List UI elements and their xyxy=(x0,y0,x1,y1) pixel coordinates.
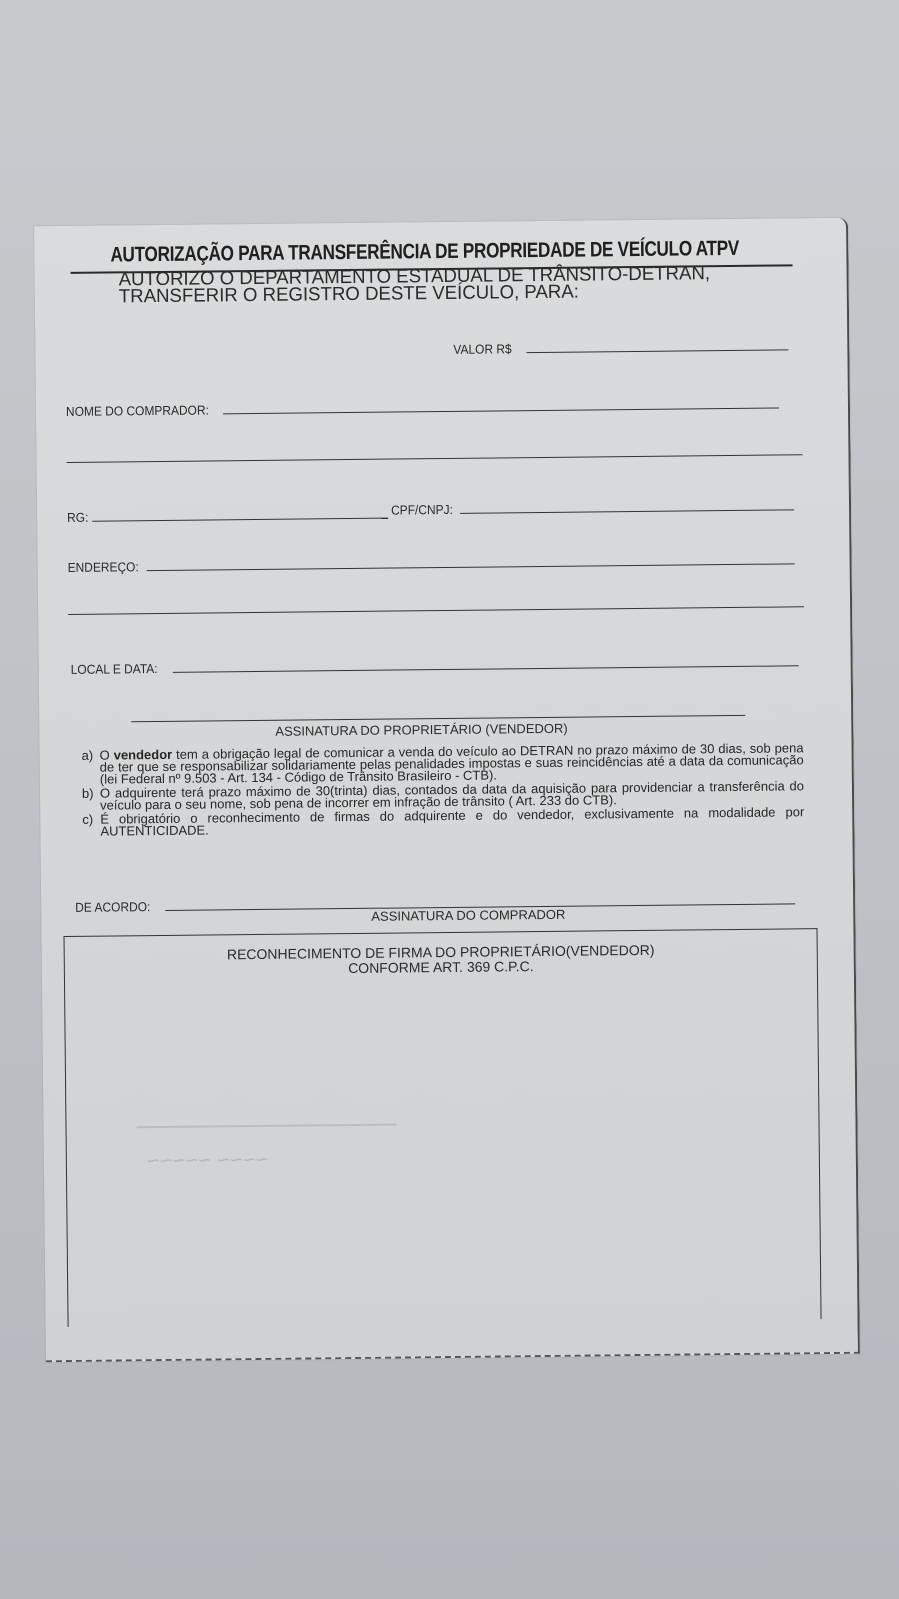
rg-field[interactable]: RG: xyxy=(67,507,388,525)
note-c-text: É obrigatório o reconhecimento de firmas… xyxy=(100,806,804,837)
place-date-field[interactable]: LOCAL E DATA: xyxy=(71,654,800,677)
atpv-form: AUTORIZAÇÃO PARA TRANSFERÊNCIA DE PROPRI… xyxy=(34,218,860,1362)
bleed-through-text: ~~~~ ~~~~~ xyxy=(147,1147,269,1174)
address-continuation-line[interactable] xyxy=(68,606,804,615)
buyer-name-label: NOME DO COMPRADOR: xyxy=(66,402,209,418)
legal-notes: a) O vendedor tem a obrigação legal de c… xyxy=(82,742,805,840)
note-b-marker: b) xyxy=(82,788,100,812)
valor-label: VALOR R$ xyxy=(453,341,511,357)
buyer-signature-caption: ASSINATURA DO COMPRADOR xyxy=(371,907,565,924)
place-date-input-line[interactable] xyxy=(173,665,799,673)
address-input-line[interactable] xyxy=(147,563,795,571)
note-c-marker: c) xyxy=(82,814,100,838)
note-c: c) É obrigatório o reconhecimento de fir… xyxy=(82,806,804,838)
notary-box-title: RECONHECIMENTO DE FIRMA DO PROPRIETÁRIO(… xyxy=(65,941,817,979)
notary-recognition-box[interactable]: RECONHECIMENTO DE FIRMA DO PROPRIETÁRIO(… xyxy=(64,928,822,1327)
cpf-cnpj-field[interactable]: CPF/CNPJ: xyxy=(391,498,794,517)
rg-label: RG: xyxy=(67,510,88,525)
buyer-name-field[interactable]: NOME DO COMPRADOR: xyxy=(66,396,779,418)
agreement-label: DE ACORDO: xyxy=(75,899,150,915)
rg-input-line[interactable] xyxy=(92,518,388,522)
place-date-label: LOCAL E DATA: xyxy=(71,661,158,677)
valor-field[interactable]: VALOR R$ xyxy=(453,338,788,357)
cpf-cnpj-input-line[interactable] xyxy=(460,509,794,513)
cpf-cnpj-label: CPF/CNPJ: xyxy=(391,502,453,518)
buyer-name-continuation-line[interactable] xyxy=(67,454,803,463)
address-label: ENDEREÇO: xyxy=(68,559,139,575)
address-field[interactable]: ENDEREÇO: xyxy=(68,552,795,575)
bleed-through-line xyxy=(137,1124,397,1129)
authorization-statement: AUTORIZO O DEPARTAMENTO ESTADUAL DE TRÂN… xyxy=(119,265,711,305)
stamp-bleed-through: ~~~~ ~~~~~ xyxy=(137,1123,438,1246)
seller-signature-caption: ASSINATURA DO PROPRIETÁRIO (VENDEDOR) xyxy=(275,721,567,739)
buyer-name-input-line[interactable] xyxy=(223,407,779,414)
note-a-marker: a) xyxy=(82,750,100,786)
intro-line-2: TRANSFERIR O REGISTRO DESTE VEÍCULO, PAR… xyxy=(119,282,711,305)
valor-input-line[interactable] xyxy=(527,349,789,353)
